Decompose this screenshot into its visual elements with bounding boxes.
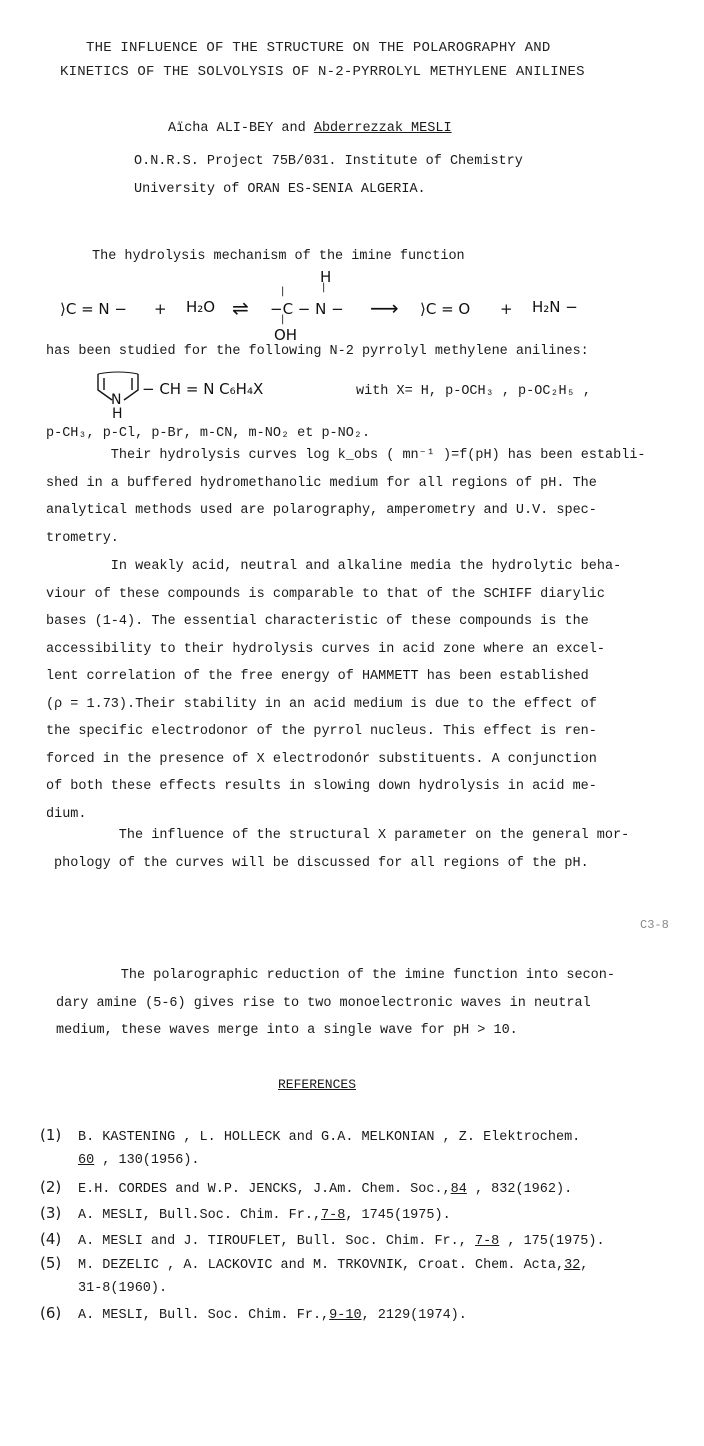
paragraph-line: (ρ = 1.73).Their stability in an acid me… [46,691,621,719]
paragraph-line: the specific electrodonor of the pyrrol … [46,718,621,746]
reference-item: (5)M. DEZELIC , A. LACKOVIC and M. TRKOV… [40,1252,588,1300]
reference-number: (4) [40,1228,78,1251]
paragraph-line: trometry. [46,525,646,553]
paragraph-line: Their hydrolysis curves log k_obs ( mn⁻¹… [46,442,646,470]
intro-text: The hydrolysis mechanism of the imine fu… [92,249,465,264]
reference-continuation: 31-8(1960). [40,1277,588,1300]
reference-text: B. KASTENING , L. HOLLECK and G.A. MELKO… [78,1130,580,1145]
paragraph-line: accessibility to their hydrolysis curves… [46,636,621,664]
eq-equilibrium-arrow: ⇌ [232,296,249,320]
paragraph-line: dary amine (5-6) gives rise to two monoe… [56,990,615,1018]
eq-reactant-imine: ⟩C = N − [60,300,127,318]
references-heading: REFERENCES [278,1077,356,1092]
reference-pages: , 130(1956). [94,1153,199,1168]
paragraph-line: medium, these waves merge into a single … [56,1017,615,1045]
reference-pages: , 175(1975). [499,1234,604,1249]
reference-text: A. MESLI and J. TIROUFLET, Bull. Soc. Ch… [78,1234,475,1249]
reference-volume: 7-8 [321,1208,345,1223]
eq-plus-2: + [500,300,513,318]
paragraph-3: The influence of the structural X parame… [54,822,629,877]
reference-item: (6)A. MESLI, Bull. Soc. Chim. Fr.,9-10, … [40,1302,467,1327]
paragraph-4: The polarographic reduction of the imine… [56,962,615,1045]
paragraph-line: forced in the presence of X electrodonór… [46,746,621,774]
reference-text: A. MESLI, Bull. Soc. Chim. Fr., [78,1308,329,1323]
eq-intermediate-oh: OH [274,326,297,344]
eq-forward-arrow: ⟶ [370,296,399,320]
reference-text: E.H. CORDES and W.P. JENCKS, J.Am. Chem.… [78,1182,451,1197]
eq-reactant-water: H₂O [186,298,215,316]
affiliation-line-1: O.N.R.S. Project 75B/031. Institute of C… [134,154,523,169]
paragraph-line: of both these effects results in slowing… [46,773,621,801]
paragraph-line: In weakly acid, neutral and alkaline med… [46,553,621,581]
paper-title-line-2: KINETICS OF THE SOLVOLYSIS OF N-2-PYRROL… [60,64,585,80]
author-2: Abderrezzak MESLI [314,121,452,136]
reference-volume: 84 [451,1182,467,1197]
reference-number: (5) [40,1252,78,1275]
eq-plus-1: + [154,300,167,318]
paragraph-line: viour of these compounds is comparable t… [46,581,621,609]
aniline-formula: − CH = N C₆H₄X [142,380,263,398]
reference-pages: , [580,1258,588,1273]
reference-item: (1)B. KASTENING , L. HOLLECK and G.A. ME… [40,1124,580,1172]
reference-item: (4)A. MESLI and J. TIROUFLET, Bull. Soc.… [40,1228,605,1253]
substituents-line-2: p-CH₃, p-Cl, p-Br, m-CN, m-NO₂ et p-NO₂. [46,426,370,441]
paragraph-line: phology of the curves will be discussed … [54,850,629,878]
reference-item: (2)E.H. CORDES and W.P. JENCKS, J.Am. Ch… [40,1176,572,1201]
reference-text: M. DEZELIC , A. LACKOVIC and M. TRKOVNIK… [78,1258,564,1273]
reference-volume: 7-8 [475,1234,499,1249]
author-1: Aïcha ALI-BEY [168,121,273,136]
reference-number: (3) [40,1202,78,1225]
authors: Aïcha ALI-BEY and Abderrezzak MESLI [168,121,452,136]
eq-product-carbonyl: ⟩C = O [420,300,470,318]
paragraph-line: The influence of the structural X parame… [54,822,629,850]
reference-pages: , 832(1962). [467,1182,572,1197]
paragraph-line: lent correlation of the free energy of H… [46,663,621,691]
paper-title-line-1: THE INFLUENCE OF THE STRUCTURE ON THE PO… [86,40,550,56]
reference-item: (3)A. MESLI, Bull.Soc. Chim. Fr.,7-8, 17… [40,1202,451,1227]
affiliation-line-2: University of ORAN ES-SENIA ALGERIA. [134,182,426,197]
reference-pages: , 2129(1974). [362,1308,467,1323]
reference-volume: 9-10 [329,1308,361,1323]
reference-number: (2) [40,1176,78,1199]
page-code: C3-8 [640,918,669,932]
paragraph-line: shed in a buffered hydromethanolic mediu… [46,470,646,498]
paragraph-line: bases (1-4). The essential characteristi… [46,608,621,636]
reference-pages: , 1745(1975). [345,1208,450,1223]
reference-number: (1) [40,1124,78,1147]
reference-number: (6) [40,1302,78,1325]
reference-text: A. MESLI, Bull.Soc. Chim. Fr., [78,1208,321,1223]
studied-text: has been studied for the following N-2 p… [46,344,589,359]
author-conjunction: and [273,121,314,136]
pyrrole-h: H [112,406,123,422]
paragraph-2: In weakly acid, neutral and alkaline med… [46,553,621,828]
reference-volume: 60 [78,1153,94,1168]
paragraph-line: The polarographic reduction of the imine… [56,962,615,990]
paragraph-line: analytical methods used are polarography… [46,497,646,525]
hydrolysis-equation: ⟩C = N − + H₂O ⇌ −C − N − H | | | OH ⟶ ⟩… [46,266,646,336]
eq-product-amine: H₂N − [532,298,578,316]
substituents-line-1: with X= H, p-OCH₃ , p-OC₂H₅ , [356,384,591,399]
paragraph-1: Their hydrolysis curves log k_obs ( mn⁻¹… [46,442,646,552]
reference-volume: 32 [564,1258,580,1273]
